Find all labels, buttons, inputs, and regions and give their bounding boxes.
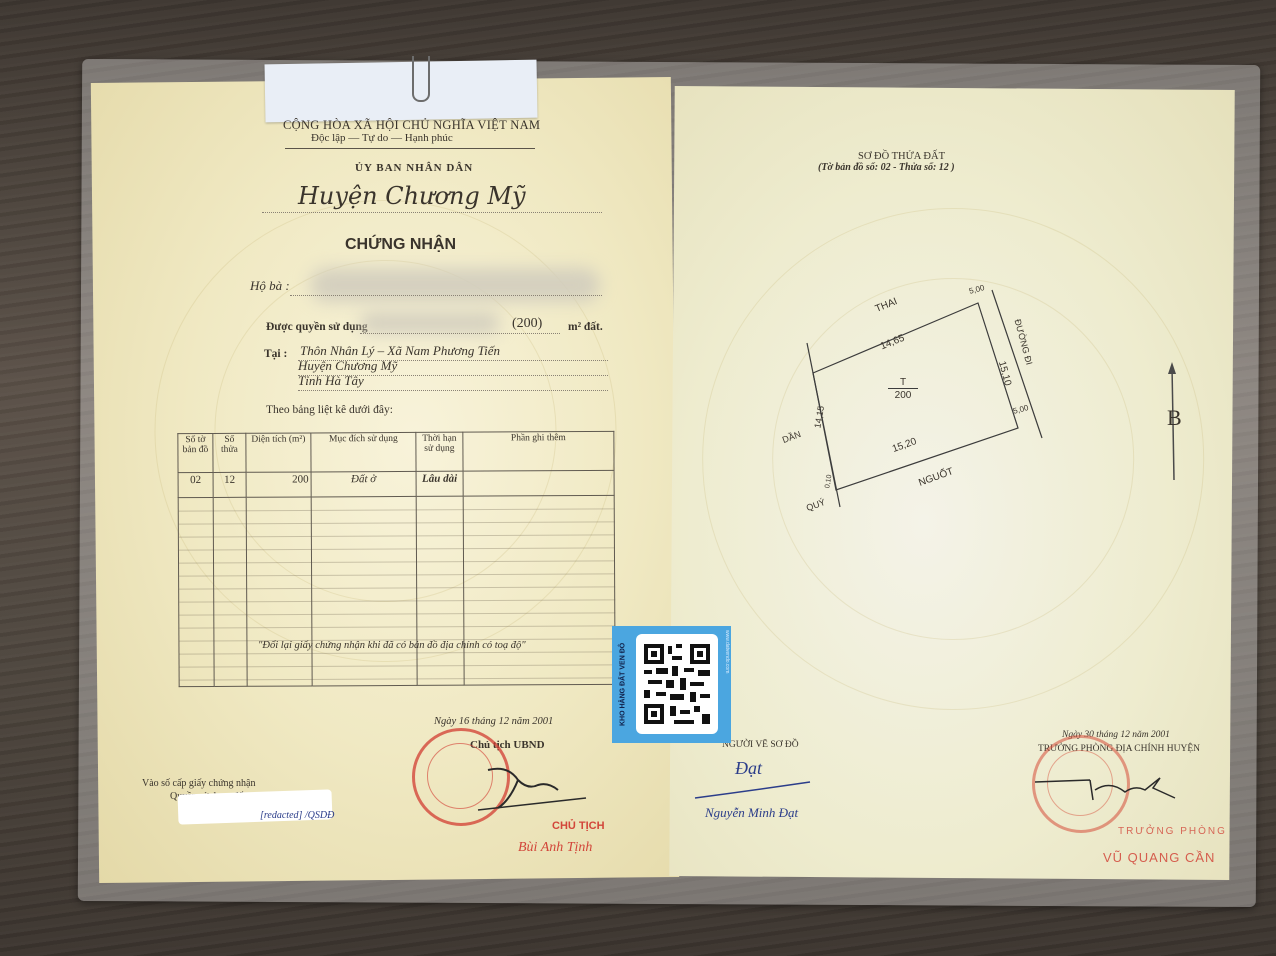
rights-redacted xyxy=(360,312,500,334)
cell-map-sheet: 02 xyxy=(178,472,213,497)
office-signer: VŨ QUANG CẦN xyxy=(1103,850,1215,865)
area-value: (200) xyxy=(512,316,542,332)
registry-number: [redacted] /QSDĐ xyxy=(260,810,334,821)
cell-purpose: Đất ở xyxy=(311,471,416,497)
dotted-line xyxy=(298,390,608,391)
paper-clip xyxy=(412,56,430,102)
paper-tab xyxy=(265,60,538,123)
north-arrow-label: B xyxy=(1167,405,1182,431)
national-title: CỘNG HÒA XÃ HỘI CHỦ NGHĨA VIỆT NAM xyxy=(283,118,540,133)
signer-name-left: Bùi Anh Tịnh xyxy=(518,840,592,856)
qr-code-icon xyxy=(636,634,718,734)
dotted-line xyxy=(290,295,602,296)
area-unit: m² đất. xyxy=(568,321,603,333)
issuer: ỦY BAN NHÂN DÂN xyxy=(355,162,473,174)
table-note: "Đổi lại giấy chứng nhận khi đã có bản đ… xyxy=(258,640,526,651)
col-notes: Phần ghi thêm xyxy=(463,431,614,471)
table-header-row: Số tờ bản đồ Số thửa Diện tích (m²) Mục … xyxy=(178,431,614,472)
drawer-title: NGƯỜI VẼ SƠ ĐỒ xyxy=(722,740,799,750)
holder-name-redacted xyxy=(310,268,600,302)
location-label: Tại : xyxy=(264,348,287,360)
left-date: Ngày 16 tháng 12 năm 2001 xyxy=(434,716,553,727)
divider xyxy=(285,148,535,149)
plot-sketch xyxy=(780,270,1080,530)
table-intro: Theo bảng liệt kê dưới đây: xyxy=(266,404,393,416)
cell-term: Lâu dài xyxy=(416,471,463,496)
dotted-line xyxy=(262,212,602,213)
stamp-title-left: CHỦ TỊCH xyxy=(552,820,605,832)
col-parcel: Số thửa xyxy=(213,433,246,472)
drawer-signature-line xyxy=(695,780,815,800)
cell-parcel: 12 xyxy=(213,472,246,497)
dotted-line xyxy=(298,375,608,376)
qr-brand: KHO HÀNG ĐẤT VEN ĐÔ xyxy=(612,626,634,743)
sketch-subtitle: (Tờ bản đồ số: 02 - Thửa số: 12 ) xyxy=(818,162,955,173)
land-area: 200 xyxy=(888,390,918,401)
qr-pattern xyxy=(644,644,710,724)
qr-url: www.datvendo.com xyxy=(720,630,730,738)
signature-chairman xyxy=(468,760,588,820)
signature-office xyxy=(1035,770,1195,810)
registry-label-1: Vào số cấp giấy chứng nhận xyxy=(142,778,255,789)
location-line-1: Thôn Nhân Lý – Xã Nam Phương Tiến xyxy=(300,343,500,359)
col-area: Diện tích (m²) xyxy=(246,433,311,472)
motto: Độc lập — Tự do — Hạnh phúc xyxy=(311,132,453,144)
qr-watermark[interactable]: KHO HÀNG ĐẤT VEN ĐÔ www.datvendo.com xyxy=(612,626,731,743)
rights-label: Được quyền sử dụng xyxy=(266,321,368,333)
cell-area: 200 xyxy=(246,472,311,497)
stamp-title-right: TRƯỞNG PHÒNG xyxy=(1118,826,1227,837)
table-row: 02 12 200 Đất ở Lâu dài xyxy=(178,470,614,497)
district-name: Huyện Chương Mỹ xyxy=(298,182,526,210)
dotted-line xyxy=(298,360,608,361)
sketch-title: SƠ ĐỒ THỬA ĐẤT xyxy=(858,151,945,162)
drawer-name: Nguyễn Minh Đạt xyxy=(705,805,798,821)
land-code: T xyxy=(888,377,918,389)
col-purpose: Mục đích sử dụng xyxy=(311,432,416,472)
col-map-sheet: Số tờ bản đồ xyxy=(178,433,213,472)
cell-notes xyxy=(463,470,614,496)
table-filler-row xyxy=(178,495,615,686)
holder-label: Hộ bà : xyxy=(250,278,290,294)
dotted-line xyxy=(360,333,560,334)
certificate-title: CHỨNG NHẬN xyxy=(345,236,456,254)
col-term: Thời hạn sử dụng xyxy=(416,432,463,471)
drawer-signature: Đạt xyxy=(735,758,762,779)
